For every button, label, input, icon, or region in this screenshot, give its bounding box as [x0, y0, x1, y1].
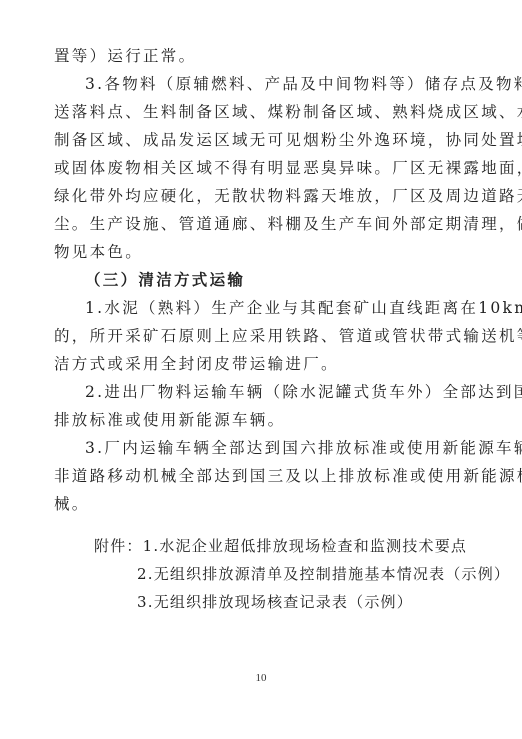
paragraph-line: 3.各物料（原辅燃料、产品及中间物料等）储存点及物料输	[54, 70, 472, 98]
attachment-item: 2.无组织排放源清单及控制措施基本情况表（示例）	[94, 560, 510, 588]
section-heading: （三）清洁方式运输	[54, 266, 472, 294]
paragraph-line: 物见本色。	[54, 238, 472, 266]
paragraph-line: 尘。生产设施、管道通廊、料棚及生产车间外部定期清理，做到	[54, 210, 472, 238]
paragraph-line: 洁方式或采用全封闭皮带运输进厂。	[54, 350, 472, 378]
paragraph-line: 送落料点、生料制备区域、煤粉制备区域、熟料烧成区域、水泥	[54, 98, 472, 126]
attachment-item: 附件：1.水泥企业超低排放现场检查和监测技术要点	[94, 532, 510, 560]
document-body: 置等）运行正常。 3.各物料（原辅燃料、产品及中间物料等）储存点及物料输 送落料…	[54, 42, 472, 518]
paragraph-line: 制备区域、成品发运区域无可见烟粉尘外逸环境，协同处置垃圾	[54, 126, 472, 154]
paragraph-line: 非道路移动机械全部达到国三及以上排放标准或使用新能源机	[54, 462, 472, 490]
attachment-item: 3.无组织排放现场核查记录表（示例）	[94, 588, 510, 616]
page-number: 10	[0, 672, 522, 684]
paragraph-line: 排放标准或使用新能源车辆。	[54, 406, 472, 434]
attachments-list: 附件：1.水泥企业超低排放现场检查和监测技术要点 2.无组织排放源清单及控制措施…	[94, 532, 510, 616]
paragraph-line: 3.厂内运输车辆全部达到国六排放标准或使用新能源车辆，	[54, 434, 472, 462]
paragraph-line: 置等）运行正常。	[54, 42, 472, 70]
attachments-label: 附件：	[94, 537, 143, 555]
paragraph-line: 2.进出厂物料运输车辆（除水泥罐式货车外）全部达到国六	[54, 378, 472, 406]
paragraph-line: 1.水泥（熟料）生产企业与其配套矿山直线距离在10km之内	[54, 294, 472, 322]
attachment-title: 1.水泥企业超低排放现场检查和监测技术要点	[143, 537, 468, 555]
paragraph-line: 的，所开采矿石原则上应采用铁路、管道或管状带式输送机等清	[54, 322, 472, 350]
paragraph-line: 械。	[54, 490, 472, 518]
paragraph-line: 或固体废物相关区域不得有明显恶臭异味。厂区无裸露地面，除	[54, 154, 472, 182]
paragraph-line: 绿化带外均应硬化，无散状物料露天堆放，厂区及周边道路无积	[54, 182, 472, 210]
